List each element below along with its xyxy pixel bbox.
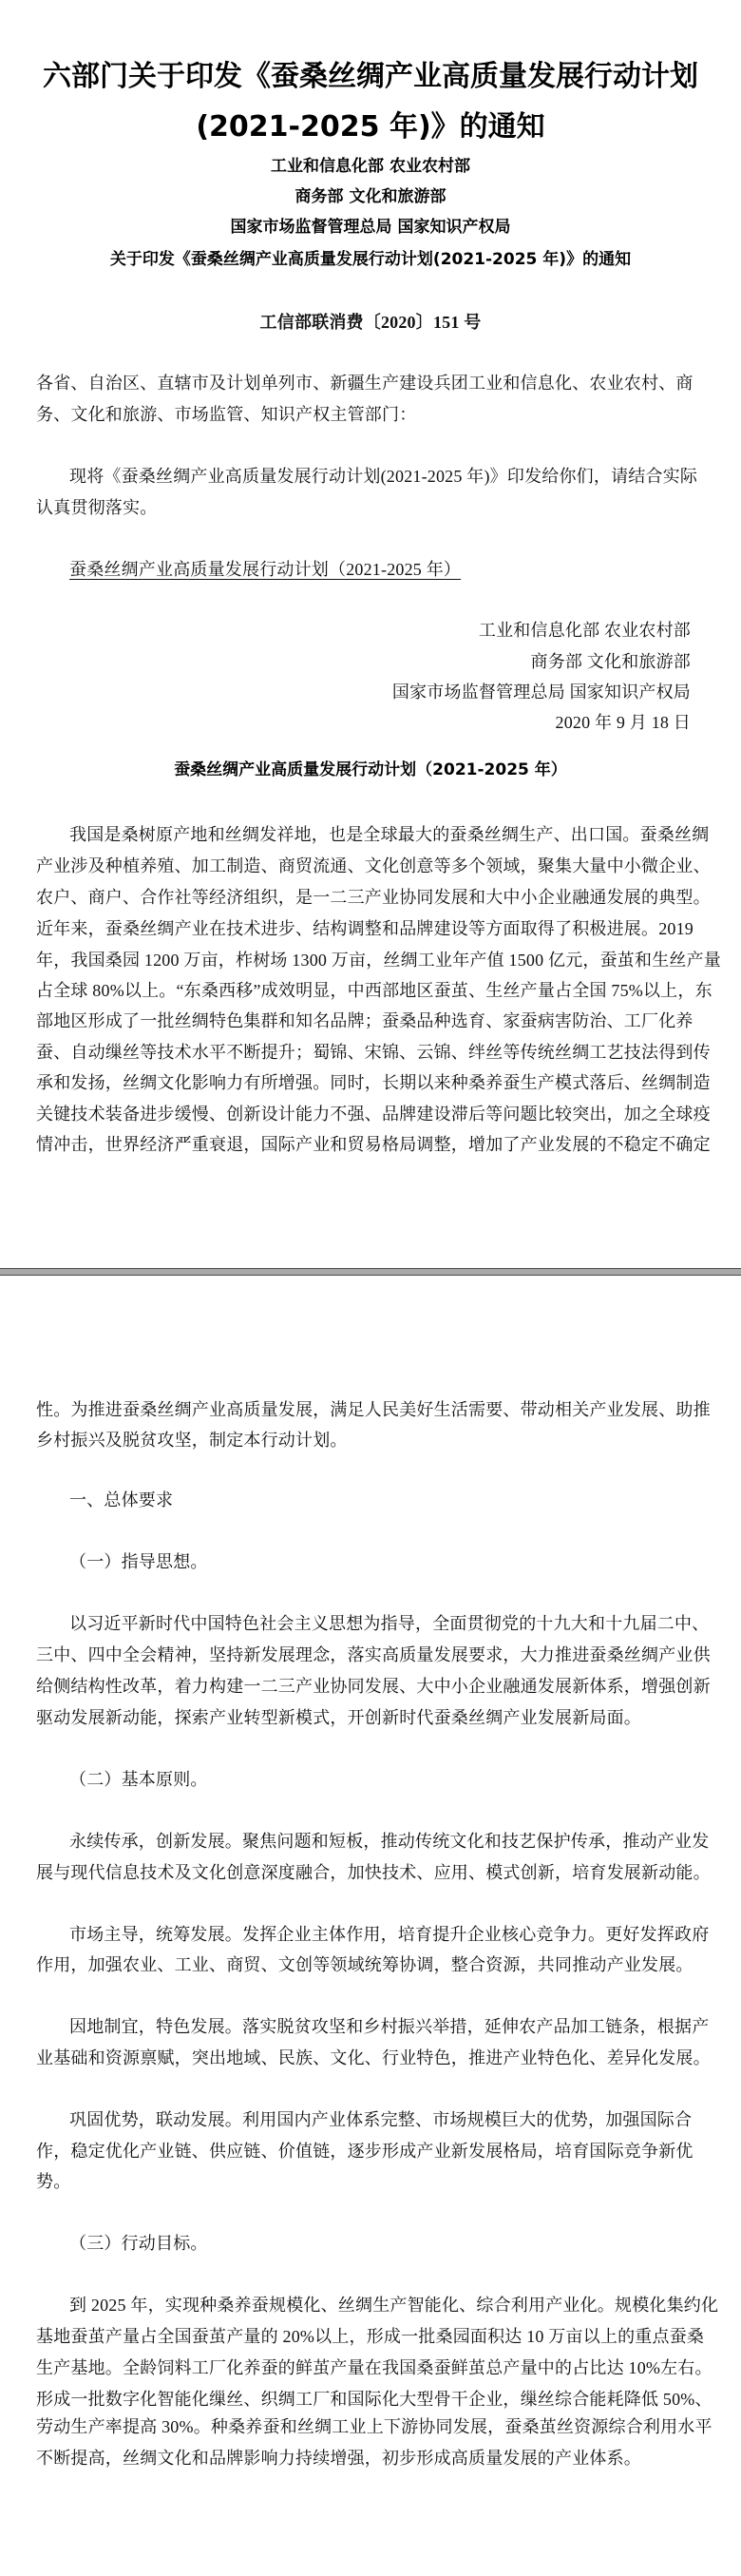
intro-line: 承和发扬，丝绸文化影响力有所增强。同时，长期以来种桑养蚕生产模式落后、丝绸制造 [36,1074,688,1091]
subsection-heading: （三）行动目标。 [69,2235,208,2252]
document-number: 工信部联消费〔2020〕151 号 [0,314,741,331]
document-page-2: 性。为推进蚕桑丝绸产业高质量发展，满足人民美好生活需要、带动相关产业发展、助推 … [0,1276,741,2576]
principle-line: 势。 [36,2173,688,2190]
intro-line: 性。为推进蚕桑丝绸产业高质量发展，满足人民美好生活需要、带动相关产业发展、助推 [36,1401,688,1418]
paragraph-line: 三中、四中全会精神，坚持新发展理念，落实高质量发展要求，大力推进蚕桑丝绸产业供 [36,1646,688,1663]
signature-line: 商务部 文化和旅游部 [531,653,692,670]
intro-line: 农户、商户、合作社等经济组织，是一二三产业协同发展和大中小企业融通发展的典型。 [36,889,688,906]
signature-line: 国家市场监督管理总局 国家知识产权局 [392,683,691,701]
intro-line: 关键技术装备进步缓慢、创新设计能力不强、品牌建设滞后等问题比较突出，加之全球疫 [36,1105,688,1123]
paragraph-line: 给侧结构性改革，着力构建一二三产业协同发展、大中小企业融通发展新体系，增强创新 [36,1678,688,1695]
principle-line: 永续传承，创新发展。聚焦问题和短板，推动传统文化和技艺保护传承，推动产业发 [69,1833,688,1850]
principle-line: 业基础和资源禀赋，突出地域、民族、文化、行业特色，推进产业特色化、差异化发展。 [36,2049,688,2067]
principle-line: 因地制宜，特色发展。落实脱贫攻坚和乡村振兴举措，延伸农产品加工链条，根据产 [69,2018,688,2035]
principle-line: 巩固优势，联动发展。利用国内产业体系完整、市场规模巨大的优势，加强国际合 [69,2111,688,2128]
notice-body-line: 认真贯彻落实。 [36,499,688,516]
attachment-link[interactable]: 蚕桑丝绸产业高质量发展行动计划（2021-2025 年） [69,561,461,578]
intro-line: 近年来，蚕桑丝绸产业在技术进步、结构调整和品牌建设等方面取得了积极进展。2019 [36,920,688,937]
principle-line: 市场主导，统筹发展。发挥企业主体作用，培育提升企业核心竞争力。更好发挥政府 [69,1926,688,1943]
paragraph-line: 基地蚕茧产量占全国蚕茧产量的 20%以上，形成一批桑园面积达 10 万亩以上的重… [36,2328,688,2345]
notice-body-line: 现将《蚕桑丝绸产业高质量发展行动计划(2021-2025 年)》印发给你们，请结… [69,468,688,485]
intro-line: 部地区形成了一批丝绸特色集群和知名品牌；蚕桑品种选育、家蚕病害防治、工厂化养 [36,1012,688,1029]
intro-line: 情冲击，世界经济严重衰退，国际产业和贸易格局调整，增加了产业发展的不稳定不确定 [36,1136,688,1153]
paragraph-line: 劳动生产率提高 30%。种桑养蚕和丝绸工业上下游协同发展，蚕桑茧丝资源综合利用水… [36,2418,688,2435]
principle-line: 作用，加强农业、工业、商贸、文创等领域统筹协调，整合资源，共同推动产业发展。 [36,1956,688,1973]
paragraph-line: 不断提高，丝绸文化和品牌影响力持续增强，初步形成高质量发展的产业体系。 [36,2450,688,2467]
signature-date: 2020 年 9 月 18 日 [556,714,692,731]
subsection-heading: （一）指导思想。 [69,1553,208,1570]
intro-line: 年，我国桑园 1200 万亩，柞树场 1300 万亩，丝绸工业年产值 1500 … [36,952,688,969]
paragraph-line: 以习近平新时代中国特色社会主义思想为指导，全面贯彻党的十九大和十九届二中、 [69,1615,688,1632]
section-heading: 一、总体要求 [69,1491,173,1509]
plan-title: 蚕桑丝绸产业高质量发展行动计划（2021-2025 年） [0,762,741,779]
paragraph-line: 到 2025 年，实现种桑养蚕规模化、丝绸生产智能化、综合利用产业化。规模化集约… [69,2297,688,2314]
document-page-1: 六部门关于印发《蚕桑丝绸产业高质量发展行动计划 (2021-2025 年)》的通… [0,0,741,1268]
issuer-header-line-1: 工业和信息化部 农业农村部 [0,159,741,175]
intro-line: 占全球 80%以上。“东桑西移”成效明显，中西部地区蚕茧、生丝产量占全国 75%… [36,982,688,999]
addressee-line: 务、文化和旅游、市场监管、知识产权主管部门： [36,406,688,423]
addressee-line: 各省、自治区、直辖市及计划单列市、新疆生产建设兵团工业和信息化、农业农村、商 [36,375,688,392]
intro-line: 产业涉及种植养殖、加工制造、商贸流通、文化创意等多个领域，聚集大量中小微企业、 [36,857,688,875]
principle-line: 作，稳定优化产业链、供应链、价值链，逐步形成产业新发展格局，培育国际竞争新优 [36,2143,688,2160]
intro-line: 我国是桑树原产地和丝绸发祥地，也是全球最大的蚕桑丝绸生产、出口国。蚕桑丝绸 [69,826,688,843]
intro-line: 蚕、自动缫丝等技术水平不断提升；蜀锦、宋锦、云锦、绊丝等传统丝绸工艺技法得到传 [36,1044,688,1061]
paragraph-line: 驱动发展新动能，探索产业转型新模式，开创新时代蚕桑丝绸产业发展新局面。 [36,1709,688,1726]
paragraph-line: 形成一批数字化智能化缫丝、织绸工厂和国际化大型骨干企业，缫丝综合能耗降低 50%… [36,2391,688,2408]
paragraph-line: 生产基地。全龄饲料工厂化养蚕的鲜茧产量在我国桑蚕鲜茧总产量中的占比达 10%左右… [36,2359,688,2376]
signature-line: 工业和信息化部 农业农村部 [479,622,691,639]
notice-subtitle: 关于印发《蚕桑丝绸产业高质量发展行动计划(2021-2025 年)》的通知 [0,252,741,268]
subsection-heading: （二）基本原则。 [69,1771,208,1788]
principle-line: 展与现代信息技术及文化创意深度融合，加快技术、应用、模式创新，培育发展新动能。 [36,1864,688,1881]
page-break-divider [0,1268,741,1276]
document-title-line-2: (2021-2025 年)》的通知 [0,113,741,142]
issuer-header-line-3: 国家市场监督管理总局 国家知识产权局 [0,220,741,236]
issuer-header-line-2: 商务部 文化和旅游部 [0,189,741,205]
intro-line: 乡村振兴及脱贫攻坚，制定本行动计划。 [36,1432,688,1449]
document-title-line-1: 六部门关于印发《蚕桑丝绸产业高质量发展行动计划 [0,63,741,91]
